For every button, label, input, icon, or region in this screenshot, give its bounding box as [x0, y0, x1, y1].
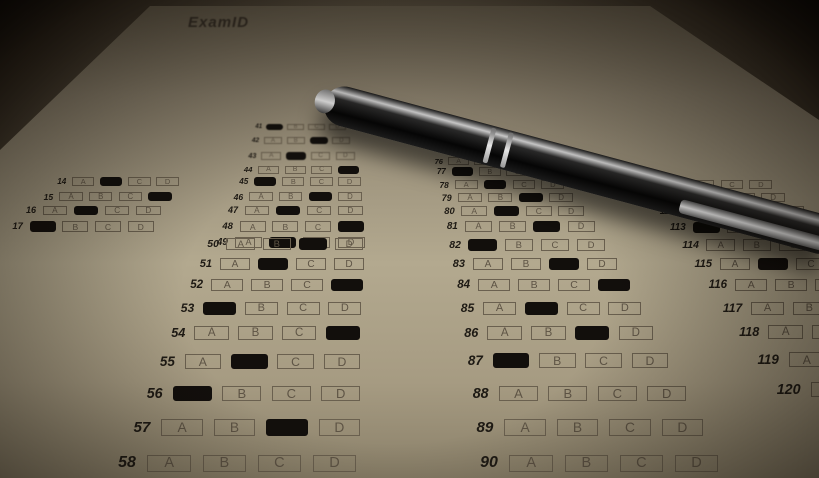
answer-bubble-c[interactable]: C: [258, 455, 302, 472]
answer-row: 50ABCD: [198, 238, 363, 249]
question-number: 118: [734, 325, 759, 339]
answer-bubble-d[interactable]: D: [647, 386, 686, 402]
answer-bubble-b[interactable]: B: [231, 354, 268, 369]
answer-bubble-b[interactable]: B: [758, 258, 788, 270]
answer-row: 55ABCD: [148, 354, 360, 369]
answer-bubble-b[interactable]: B: [793, 302, 819, 315]
answer-bubble-c[interactable]: C: [307, 206, 332, 216]
answer-bubble-b[interactable]: B: [488, 193, 512, 203]
photo-scene: ExamID 41ABCD42ABCD43ABCD44ABCD45ABCD46A…: [0, 0, 819, 478]
answer-row: 43ABCD: [242, 152, 355, 160]
answer-bubble-c[interactable]: C: [310, 137, 328, 144]
answer-bubble-c[interactable]: C: [95, 221, 121, 231]
answer-bubble-c[interactable]: C: [308, 124, 325, 131]
answer-row: 119ABCD: [752, 352, 819, 367]
answer-bubble-b[interactable]: B: [258, 258, 288, 270]
answer-row: 118ABCD: [734, 325, 819, 339]
answer-bubble-a[interactable]: A: [751, 302, 784, 315]
question-number: 52: [180, 279, 203, 291]
answer-bubble-d[interactable]: D: [332, 137, 350, 144]
answer-bubble-b[interactable]: B: [479, 167, 501, 176]
answer-row: 14ABCD: [50, 177, 179, 186]
answer-bubble-d[interactable]: D: [336, 152, 356, 160]
question-number: 51: [190, 258, 212, 270]
answer-bubble-b[interactable]: B: [531, 326, 566, 340]
answer-bubble-a[interactable]: A: [72, 177, 94, 186]
answer-bubble-a[interactable]: A: [240, 221, 266, 231]
answer-bubble-b[interactable]: B: [89, 192, 112, 201]
answer-bubble-b[interactable]: B: [203, 455, 247, 472]
answer-row: 90ABCD: [466, 454, 718, 472]
answer-bubble-c[interactable]: C: [105, 206, 130, 216]
answer-bubble-d[interactable]: D: [335, 238, 364, 249]
answer-bubble-d[interactable]: D: [577, 239, 606, 250]
question-number: 43: [242, 152, 256, 160]
question-number: 44: [237, 165, 252, 174]
answer-bubble-c[interactable]: C: [567, 302, 600, 315]
answer-bubble-b[interactable]: B: [62, 221, 88, 231]
question-number: 76: [428, 157, 443, 166]
question-number: 115: [690, 258, 712, 270]
answer-row: 52ABCD: [180, 279, 363, 292]
answer-bubble-a[interactable]: A: [483, 302, 516, 315]
answer-bubble-d[interactable]: D: [338, 192, 361, 201]
answer-row: 79ABCD: [434, 193, 573, 203]
answer-bubble-a[interactable]: A: [461, 206, 487, 216]
answer-bubble-d[interactable]: D: [148, 192, 171, 201]
answer-bubble-d[interactable]: D: [313, 455, 357, 472]
answer-row: 41ABCD: [250, 124, 346, 131]
answer-row: 46ABCD: [226, 192, 362, 202]
answer-bubble-a[interactable]: A: [161, 419, 202, 436]
answer-bubble-d[interactable]: D: [326, 326, 361, 340]
question-number: 85: [450, 301, 474, 315]
answer-bubble-a[interactable]: A: [487, 326, 522, 340]
answer-row: 48ABCD: [214, 221, 364, 232]
answer-bubble-a[interactable]: A: [499, 386, 538, 402]
answer-bubble-c[interactable]: C: [558, 279, 590, 292]
answer-bubble-b[interactable]: B: [272, 221, 298, 231]
question-number: 50: [198, 239, 219, 250]
answer-bubble-a[interactable]: A: [264, 137, 282, 144]
answer-bubble-a[interactable]: A: [147, 455, 191, 472]
answer-bubble-b[interactable]: B: [539, 353, 576, 368]
answer-bubble-b[interactable]: B: [286, 152, 306, 160]
answer-bubble-c[interactable]: C: [305, 221, 331, 231]
question-number: 81: [438, 221, 458, 232]
answer-bubble-d[interactable]: D: [749, 180, 772, 189]
answer-row: 86ABCD: [453, 326, 653, 340]
answer-bubble-d[interactable]: D: [319, 419, 360, 436]
answer-bubble-a[interactable]: A: [266, 124, 283, 131]
answer-bubble-b[interactable]: B: [214, 419, 255, 436]
question-number: 41: [250, 124, 262, 130]
answer-bubble-c[interactable]: C: [119, 192, 142, 201]
answer-bubble-b[interactable]: B: [548, 386, 587, 402]
answer-bubble-c[interactable]: C: [796, 258, 819, 270]
answer-row: 16ABCD: [18, 205, 161, 215]
answer-row: 58ABCD: [104, 454, 356, 472]
answer-row: 117ABCD: [718, 301, 819, 315]
question-number: 86: [453, 326, 478, 340]
question-number: 48: [214, 221, 233, 232]
question-number: 119: [752, 352, 779, 367]
answer-bubble-b[interactable]: B: [511, 258, 541, 270]
question-number: 16: [18, 205, 36, 215]
answer-bubble-d[interactable]: D: [334, 258, 364, 270]
answer-bubble-b[interactable]: B: [263, 238, 292, 249]
answer-bubble-a[interactable]: A: [493, 353, 530, 368]
answer-bubble-d[interactable]: D: [549, 193, 573, 203]
answer-row: 42ABCD: [246, 137, 350, 144]
answer-bubble-b[interactable]: B: [565, 455, 609, 472]
question-number: 42: [246, 137, 259, 144]
answer-bubble-c[interactable]: C: [296, 258, 326, 270]
question-number: 47: [220, 205, 238, 215]
answer-bubble-c[interactable]: C: [282, 326, 317, 340]
answer-row: 115ABCD: [690, 258, 819, 270]
answer-row: 17ABCD: [4, 221, 154, 232]
answer-bubble-d[interactable]: D: [632, 353, 669, 368]
answer-bubble-a[interactable]: A: [478, 279, 510, 292]
answer-bubble-d[interactable]: D: [156, 177, 178, 186]
answer-bubble-a[interactable]: A: [43, 206, 68, 216]
answer-bubble-b[interactable]: B: [74, 206, 99, 216]
answer-bubble-b[interactable]: B: [245, 302, 278, 315]
answer-bubble-c[interactable]: C: [299, 238, 328, 249]
answer-bubble-a[interactable]: A: [30, 221, 56, 231]
sheet-title: ExamID: [188, 14, 249, 31]
answer-bubble-b[interactable]: B: [222, 386, 261, 402]
answer-row: 81ABCD: [438, 221, 595, 232]
answer-bubble-d[interactable]: D: [338, 177, 360, 186]
answer-bubble-b[interactable]: B: [557, 419, 598, 436]
question-number: 78: [432, 180, 449, 190]
question-number: 46: [226, 192, 243, 202]
answer-bubble-b[interactable]: B: [775, 279, 807, 292]
question-number: 82: [440, 240, 461, 251]
question-number: 58: [104, 454, 136, 472]
answer-bubble-b[interactable]: B: [499, 221, 526, 232]
answer-row: 53ABCD: [170, 301, 361, 315]
pen-ring: [482, 127, 496, 163]
answer-bubble-d[interactable]: D: [338, 166, 359, 174]
question-number: 56: [134, 386, 163, 402]
answer-bubble-b[interactable]: B: [238, 326, 273, 340]
answer-bubble-c[interactable]: C: [287, 302, 320, 315]
answer-row: 84ABCD: [447, 279, 630, 292]
question-number: 54: [160, 326, 185, 340]
answer-bubble-a[interactable]: A: [254, 177, 276, 186]
answer-bubble-b[interactable]: B: [812, 325, 819, 339]
answer-bubble-a[interactable]: A: [245, 206, 270, 216]
answer-bubble-d[interactable]: D: [587, 258, 617, 270]
answer-bubble-d[interactable]: D: [328, 302, 361, 315]
answer-bubble-b[interactable]: B: [505, 239, 534, 250]
question-number: 83: [443, 258, 465, 270]
answer-bubble-a[interactable]: A: [261, 152, 281, 160]
answer-bubble-a[interactable]: A: [473, 258, 503, 270]
answer-bubble-c[interactable]: C: [533, 221, 560, 232]
question-number: 45: [232, 177, 248, 186]
answer-bubble-c[interactable]: C: [513, 180, 536, 189]
question-number: 120: [772, 382, 801, 398]
question-number: 114: [678, 240, 699, 251]
answer-bubble-d[interactable]: D: [598, 279, 630, 292]
pen-ring: [500, 132, 514, 168]
question-number: 116: [704, 279, 727, 291]
answer-bubble-a[interactable]: A: [811, 382, 819, 398]
question-number: 17: [4, 221, 23, 232]
question-number: 77: [430, 167, 446, 176]
answer-row: 120ABCD: [772, 382, 819, 398]
answer-bubble-c[interactable]: C: [309, 192, 332, 201]
question-number: 80: [436, 206, 455, 216]
question-number: 90: [466, 454, 498, 472]
answer-row: 87ABCD: [456, 353, 668, 368]
answer-bubble-a[interactable]: A: [59, 192, 82, 201]
answer-bubble-a[interactable]: A: [504, 419, 545, 436]
answer-bubble-c[interactable]: C: [526, 206, 552, 216]
answer-bubble-b[interactable]: B: [287, 124, 304, 131]
answer-bubble-d[interactable]: D: [128, 221, 154, 231]
answer-bubble-a[interactable]: A: [258, 166, 279, 174]
question-number: 53: [170, 301, 194, 315]
answer-bubble-a[interactable]: A: [226, 238, 255, 249]
answer-bubble-b[interactable]: B: [494, 206, 520, 216]
question-number: 15: [36, 192, 53, 202]
answer-bubble-b[interactable]: B: [279, 192, 302, 201]
answer-row: 83ABCD: [443, 258, 617, 270]
answer-row: 44ABCD: [237, 165, 359, 174]
answer-row: 78ABCD: [432, 180, 564, 190]
answer-bubble-d[interactable]: D: [331, 279, 363, 292]
answer-bubble-c[interactable]: C: [310, 177, 332, 186]
answer-bubble-c[interactable]: C: [291, 279, 323, 292]
answer-bubble-c[interactable]: C: [277, 354, 314, 369]
answer-bubble-c[interactable]: C: [609, 419, 650, 436]
answer-bubble-d[interactable]: D: [338, 206, 363, 216]
question-number: 84: [447, 279, 470, 291]
answer-bubble-b[interactable]: B: [276, 206, 301, 216]
answer-bubble-a[interactable]: A: [468, 239, 497, 250]
answer-bubble-a[interactable]: A: [249, 192, 272, 201]
answer-bubble-a[interactable]: A: [509, 455, 553, 472]
answer-bubble-b[interactable]: B: [484, 180, 507, 189]
answer-bubble-c[interactable]: C: [311, 166, 332, 174]
answer-bubble-a[interactable]: A: [720, 258, 750, 270]
answer-bubble-b[interactable]: B: [518, 279, 550, 292]
answer-bubble-b[interactable]: B: [743, 239, 772, 250]
answer-bubble-d[interactable]: D: [662, 419, 703, 436]
answer-bubble-c[interactable]: C: [549, 258, 579, 270]
answer-bubble-b[interactable]: B: [100, 177, 122, 186]
answer-bubble-a[interactable]: A: [735, 279, 767, 292]
answer-bubble-c[interactable]: C: [519, 193, 543, 203]
answer-row: 45ABCD: [232, 177, 361, 186]
answer-row: 82ABCD: [440, 239, 605, 250]
answer-row: 85ABCD: [450, 301, 641, 315]
answer-bubble-d[interactable]: D: [338, 221, 364, 231]
answer-bubble-d[interactable]: D: [608, 302, 641, 315]
answer-bubble-a[interactable]: A: [768, 325, 803, 339]
answer-row: 47ABCD: [220, 205, 363, 215]
answer-bubble-a[interactable]: A: [173, 386, 212, 402]
question-number: 55: [148, 354, 175, 369]
answer-row: 56ABCD: [134, 386, 360, 402]
answer-bubble-d[interactable]: D: [675, 455, 719, 472]
question-number: 88: [460, 386, 489, 402]
answer-bubble-b[interactable]: B: [285, 166, 306, 174]
answer-bubble-b[interactable]: B: [287, 137, 305, 144]
answer-bubble-c[interactable]: C: [598, 386, 637, 402]
answer-bubble-b[interactable]: B: [282, 177, 304, 186]
answer-bubble-c[interactable]: C: [272, 386, 311, 402]
answer-bubble-c[interactable]: C: [575, 326, 610, 340]
answer-bubble-d[interactable]: D: [558, 206, 584, 216]
question-number: 14: [50, 177, 66, 186]
answer-bubble-a[interactable]: A: [455, 180, 478, 189]
answer-row: 51ABCD: [190, 258, 364, 270]
question-number: 79: [434, 193, 452, 203]
answer-bubble-a[interactable]: A: [465, 221, 492, 232]
answer-bubble-a[interactable]: A: [458, 193, 482, 203]
answer-bubble-a[interactable]: A: [194, 326, 229, 340]
answer-row: 57ABCD: [120, 419, 360, 436]
question-number: 117: [718, 301, 742, 315]
answer-row: 89ABCD: [463, 419, 703, 436]
question-number: 57: [120, 419, 150, 436]
answer-bubble-d[interactable]: D: [324, 354, 361, 369]
answer-bubble-a[interactable]: A: [185, 354, 222, 369]
answer-row: 88ABCD: [460, 386, 686, 402]
answer-bubble-d[interactable]: D: [619, 326, 654, 340]
answer-bubble-d[interactable]: D: [136, 206, 161, 216]
answer-bubble-b[interactable]: B: [251, 279, 283, 292]
question-number: 113: [666, 222, 686, 233]
answer-bubble-a[interactable]: A: [789, 352, 819, 367]
answer-bubble-a[interactable]: A: [203, 302, 236, 315]
answer-bubble-d[interactable]: D: [568, 221, 595, 232]
answer-bubble-c[interactable]: C: [541, 239, 570, 250]
question-number: 89: [463, 419, 493, 436]
answer-bubble-a[interactable]: A: [706, 239, 735, 250]
answer-bubble-a[interactable]: A: [211, 279, 243, 292]
answer-bubble-c[interactable]: C: [585, 353, 622, 368]
answer-bubble-c[interactable]: C: [311, 152, 331, 160]
answer-bubble-c[interactable]: C: [815, 279, 819, 292]
answer-bubble-a[interactable]: A: [220, 258, 250, 270]
answer-bubble-d[interactable]: D: [321, 386, 360, 402]
answer-bubble-c[interactable]: C: [128, 177, 150, 186]
answer-row: 80ABCD: [436, 206, 584, 216]
answer-bubble-c[interactable]: C: [266, 419, 307, 436]
question-number: 87: [456, 353, 483, 368]
answer-row: 15ABCD: [36, 192, 172, 202]
answer-bubble-a[interactable]: A: [452, 167, 474, 176]
answer-bubble-c[interactable]: C: [620, 455, 664, 472]
answer-row: 54ABCD: [160, 326, 360, 340]
answer-bubble-b[interactable]: B: [525, 302, 558, 315]
answer-row: 116ABCD: [704, 279, 819, 292]
